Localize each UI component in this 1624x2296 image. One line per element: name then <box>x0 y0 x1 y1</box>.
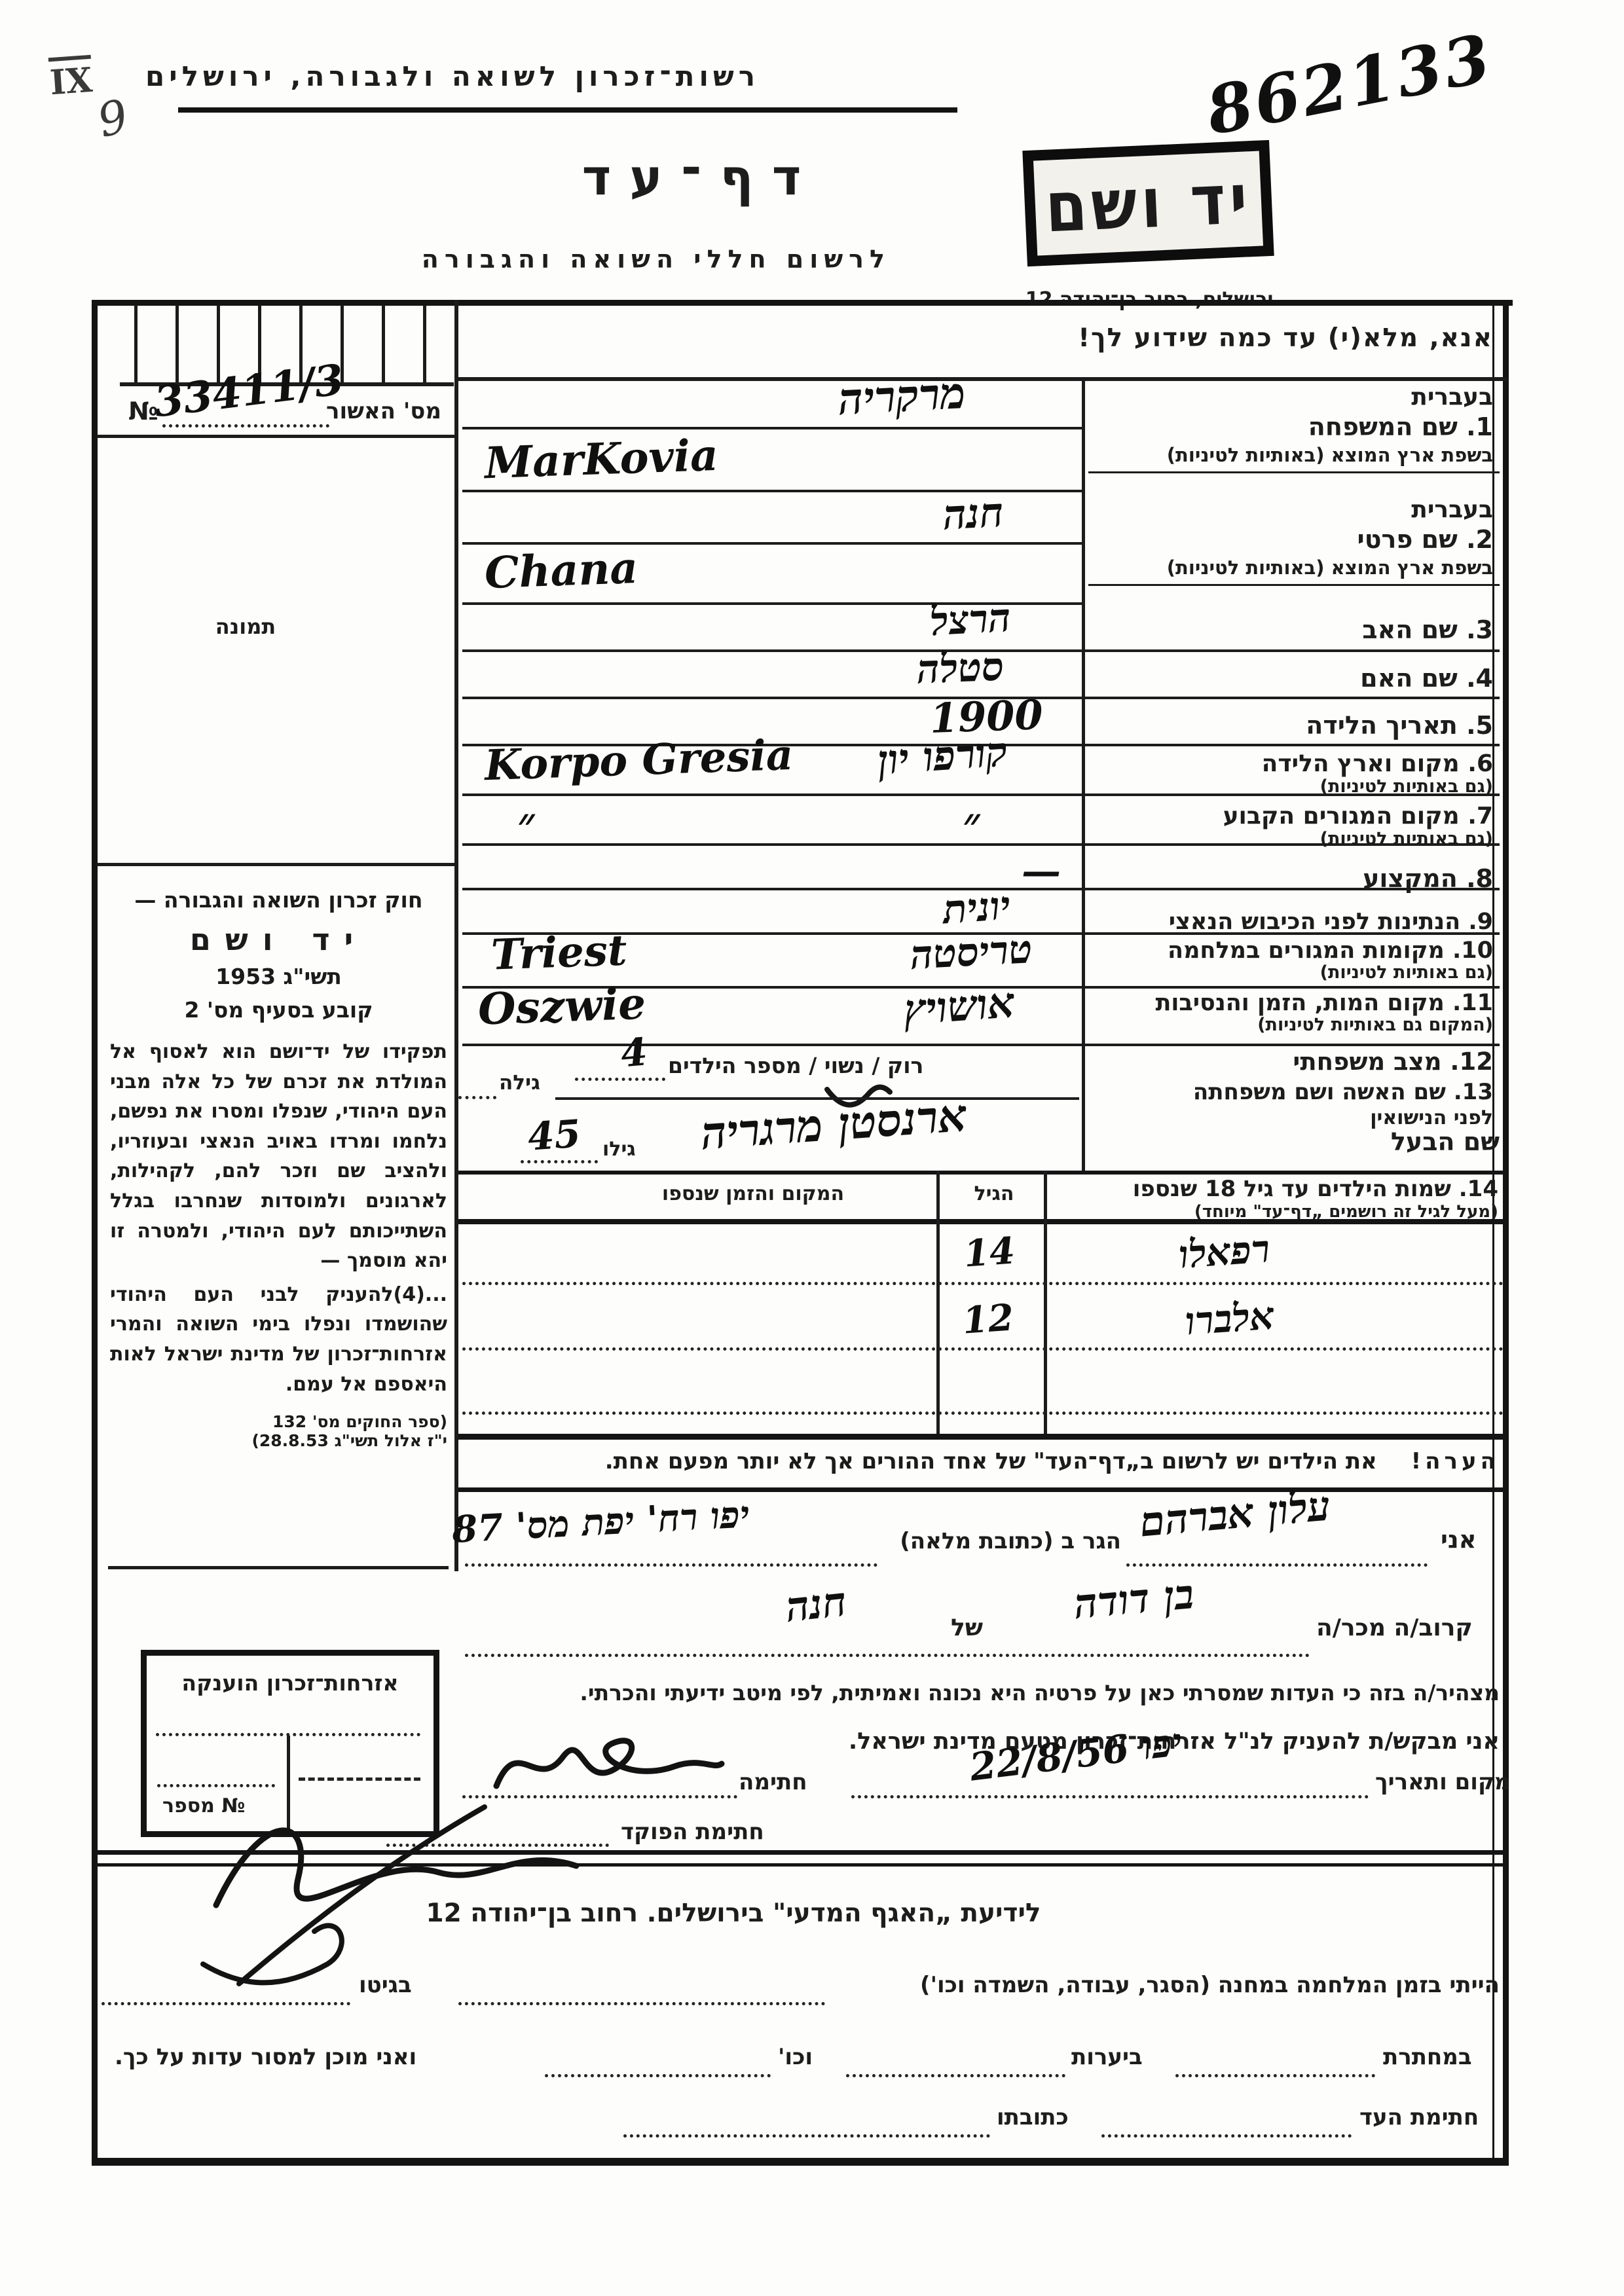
war-residence-latin-handwritten: Triest <box>490 926 628 979</box>
footer-q1b-label: בגיטו <box>359 1972 412 1998</box>
children-table-bottom-rule <box>458 1434 1507 1440</box>
note-title: הערה! <box>1411 1448 1500 1474</box>
comb-tick <box>423 305 426 382</box>
footer-q2a-dotted <box>1175 2074 1375 2077</box>
authority-title: רשות־זכרון לשואה ולגבורה, ירושלים <box>167 60 760 92</box>
field-10-label: 10. מקומות המגורים במלחמה <box>1094 938 1493 964</box>
witness-name-dotted <box>1126 1563 1428 1567</box>
footer-title: לידיעת „האגף המדעי" בירושלים. רחוב בן־יה… <box>367 1899 1100 1928</box>
approval-label: מס' האשור <box>326 398 441 424</box>
field-2-label-underline <box>1088 584 1500 586</box>
instruction-strip-rule <box>458 377 1507 381</box>
resides-label: הגר ב (כתובת מלאה) <box>885 1528 1121 1554</box>
field-11-sub-label: (המקום גם באותיות לטיניות) <box>1094 1015 1493 1035</box>
comb-tick <box>134 305 138 382</box>
form-border-top <box>92 300 1513 306</box>
document-number-handwritten: 862133 <box>1200 19 1499 150</box>
footer-q2b-label: ביערות <box>1071 2044 1143 2070</box>
children-row-1-dotted <box>462 1282 1504 1285</box>
comb-tick <box>175 305 179 382</box>
child-2-age-handwritten: 12 <box>961 1296 1015 1342</box>
field-12-label: 12. מצב משפחתי <box>1094 1048 1493 1076</box>
field-1-label-underline <box>1088 471 1500 473</box>
field-1-sub-label: בשפת ארץ המוצא (באותיות לטיניות) <box>1094 444 1493 466</box>
form-border-right-inner <box>1492 300 1494 2166</box>
field-1-label: 1. שם המשפחה <box>1094 412 1493 441</box>
footer-q1-label: הייתי בזמן המלחמה במחנה (הסגר, עבודה, הש… <box>838 1972 1500 1998</box>
child-1-name-handwritten: רפאלו <box>1177 1226 1272 1277</box>
footer-q2d-label: ואני מוכן למסור עדות על כך. <box>115 2044 537 2070</box>
witness-address-handwritten: יפו רח' יפת מס' 87 <box>451 1493 751 1552</box>
approval-dotted-line <box>162 424 329 428</box>
family-name-latin-handwritten: MarKovia <box>484 429 719 488</box>
field-9-label: 9. הנתינות לפני הכיבוש הנאצי <box>1094 909 1493 935</box>
footer-q2c-label: וכו' <box>778 2044 813 2070</box>
field-13-label-line2: לפני הנישואין <box>1094 1106 1493 1129</box>
field-2-label: 2. שם פרטי <box>1094 525 1493 554</box>
children-row-3-dotted <box>462 1412 1504 1415</box>
footer-q1b-dotted <box>101 2002 350 2005</box>
write-line-death-place <box>462 1044 1500 1046</box>
declaration-i-label: אני <box>1441 1525 1477 1554</box>
comb-tick <box>382 305 385 382</box>
field-2-sub-label: בשפת ארץ המוצא (באותיות לטיניות) <box>1094 556 1493 579</box>
children-table-header: 14. שמות הילדים עד גיל 18 שנספו <box>1092 1176 1498 1202</box>
form-title: דף־עד <box>576 148 825 206</box>
profession-dash-handwritten: — <box>1022 848 1061 894</box>
place-date-dotted <box>851 1795 1369 1798</box>
children-table-top-rule <box>458 1171 1507 1175</box>
war-residence-hebrew-handwritten: טריסטה <box>909 926 1033 979</box>
residence-ditto-right: ״ <box>963 796 980 851</box>
mother-name-handwritten: סטלה <box>916 644 1005 693</box>
photo-placeholder-label: תמונה <box>187 614 304 639</box>
field-4-label: 4. שם האם <box>1094 664 1493 693</box>
relative-label: קרוב/ה מכר/ה <box>1316 1614 1473 1641</box>
grant-box-title: אזרחות־זכרון הוענקה <box>147 1670 434 1696</box>
wife-age-label: גילה <box>499 1071 540 1095</box>
note-strip-bottom-rule <box>458 1487 1507 1492</box>
form-border-left <box>92 300 98 2166</box>
law-title: חוק זכרון השואה והגבורה — <box>110 887 447 913</box>
note-strip: הערה! את הילדים יש לרשום ב„דף־העד" של אח… <box>465 1448 1500 1474</box>
field-7-label: 7. מקום המגורים הקבוע <box>1094 803 1493 829</box>
law-clause-ref: קובע בסעיף מס' 2 <box>110 997 447 1023</box>
clerk-signature <box>177 1768 648 2003</box>
family-name-hebrew-handwritten: מרקריה <box>837 367 967 426</box>
marital-status-printed: רוק / נשוי / מספר הילדים <box>668 1053 1080 1078</box>
field-11-label: 11. מקום המות, הזמן והנסיבות <box>1094 990 1493 1016</box>
law-year: תשי"ג 1953 <box>110 964 447 989</box>
field-13-label: 13. שם האשה ושם משפחתה <box>1094 1079 1493 1105</box>
child-2-name-handwritten: אלברו <box>1184 1293 1276 1343</box>
witness-address-dotted <box>465 1563 877 1567</box>
declaration-statement: מצהיר/ה בזה כי העדות שמסרתי כאן על פרטיה… <box>498 1680 1500 1705</box>
children-table-vline-left <box>936 1171 940 1438</box>
residence-ditto-left: ״ <box>517 796 535 851</box>
relation-dotted <box>465 1654 1310 1657</box>
photo-area-bottom-line <box>97 863 454 866</box>
citizenship-handwritten: יונית <box>942 883 1012 933</box>
children-col-age-header: הגיל <box>948 1182 1040 1205</box>
field-2-pre-label: בעברית <box>1094 496 1493 523</box>
footer-q1-dotted <box>458 2002 825 2005</box>
authority-underline <box>178 107 957 113</box>
law-block-bottom-line <box>108 1566 449 1569</box>
approval-strip-bottom <box>97 435 454 438</box>
of-label: של <box>951 1614 983 1641</box>
children-row-2-dotted <box>462 1347 1504 1351</box>
fill-in-instruction: אנא, מלא(י) עד כמה שידוע לך! <box>1074 323 1493 353</box>
birthplace-hebrew-handwritten: קורפו יון <box>876 727 1009 785</box>
marital-children-dotted <box>575 1078 665 1081</box>
footer-q2a-label: במחתרת <box>1383 2044 1472 2070</box>
field-7-sub-label: (גם באותיות לטיניות) <box>1094 829 1493 849</box>
husband-age-dotted <box>521 1160 598 1163</box>
first-name-latin-handwritten: Chana <box>484 542 639 598</box>
write-line-residence <box>462 843 1500 846</box>
field-10-sub-label: (גם באותיות לטיניות) <box>1094 962 1493 983</box>
footer-q3a-dotted <box>1101 2134 1352 2138</box>
write-line-family-he <box>462 427 1082 429</box>
wife-age-dotted <box>458 1096 496 1099</box>
husband-age-label: גילו <box>602 1138 636 1161</box>
form-border-right <box>1503 300 1509 2166</box>
law-clause4: ‏...(4)להעניק לבני העם היהודי שהושמדו ונ… <box>110 1280 447 1399</box>
law-name: יד ושם <box>110 922 447 957</box>
death-place-hebrew-handwritten: אושויץ <box>902 978 1016 1035</box>
law-citation-2: י"ז אלול תשי"ג 28.8.53) <box>110 1431 447 1450</box>
husband-age-handwritten: 45 <box>526 1111 582 1159</box>
field-6-label: 6. מקום וארץ הלידה <box>1094 750 1493 777</box>
field-5-label: 5. תאריך הלידה <box>1094 711 1493 740</box>
law-body: תפקידו של יד־ושם הוא לאסוף אל המולדת את … <box>110 1037 447 1276</box>
footer-q3b-label: כתובתו <box>997 2104 1069 2130</box>
scanned-testimony-page: IX 9 862133 רשות־זכרון לשואה ולגבורה, יר… <box>0 0 1624 2296</box>
children-col-place-header: המקום והזמן שנספו <box>609 1182 897 1205</box>
form-border-bottom <box>92 2158 1509 2166</box>
law-text-block: חוק זכרון השואה והגבורה — יד ושם תשי"ג 1… <box>110 887 447 1450</box>
margin-roman-numeral-mark: IX <box>48 55 94 103</box>
husband-label: שם הבעל <box>1336 1127 1500 1156</box>
husband-name-handwritten: ארנסטן מרגריה <box>699 1089 969 1160</box>
first-name-hebrew-handwritten: חנה <box>942 488 1005 540</box>
yad-vashem-logo-text: יד ושם <box>1044 158 1253 248</box>
of-name-handwritten: חנה <box>783 1577 849 1631</box>
death-place-latin-handwritten: Oszwie <box>477 978 647 1035</box>
signature-label: חתימה <box>739 1769 807 1795</box>
children-header-bottom-rule <box>458 1219 1507 1224</box>
section-double-rule-top <box>92 1850 1509 1855</box>
label-column-divider <box>1082 377 1085 1172</box>
note-body: את הילדים יש לרשום ב„דף־העד" של אחד ההור… <box>605 1448 1377 1474</box>
field-3-label: 3. שם האב <box>1094 615 1493 644</box>
children-table-vline-right <box>1044 1171 1047 1438</box>
form-subtitle: לרשום חללי השואה והגבורה <box>524 245 891 274</box>
write-line-birthplace <box>462 793 1500 796</box>
margin-squiggle-mark: 9 <box>92 89 134 148</box>
place-date-label: מקום ותאריך <box>1375 1769 1511 1795</box>
footer-q2c-dotted <box>545 2074 771 2077</box>
child-1-age-handwritten: 14 <box>963 1229 1016 1275</box>
yad-vashem-logo: יד ושם <box>1022 140 1274 266</box>
father-name-handwritten: הרצל <box>929 595 1012 645</box>
footer-q3a-label: חתימת העד <box>1359 2104 1479 2130</box>
relation-handwritten: בן דודה <box>1072 1570 1196 1629</box>
law-citation-1: (ספר החוקים מס' 132 <box>110 1412 447 1431</box>
footer-q2b-dotted <box>846 2074 1065 2077</box>
children-count-handwritten: 4 <box>619 1029 649 1076</box>
birthplace-latin-handwritten: Korpo Gresia <box>484 731 794 790</box>
section-double-rule-bottom <box>92 1863 1509 1867</box>
field-1-pre-label: בעברית <box>1094 384 1493 410</box>
approval-number-handwritten: 33411/3 <box>152 355 347 428</box>
footer-q3b-dotted <box>623 2134 990 2138</box>
left-column-divider <box>454 300 458 1571</box>
